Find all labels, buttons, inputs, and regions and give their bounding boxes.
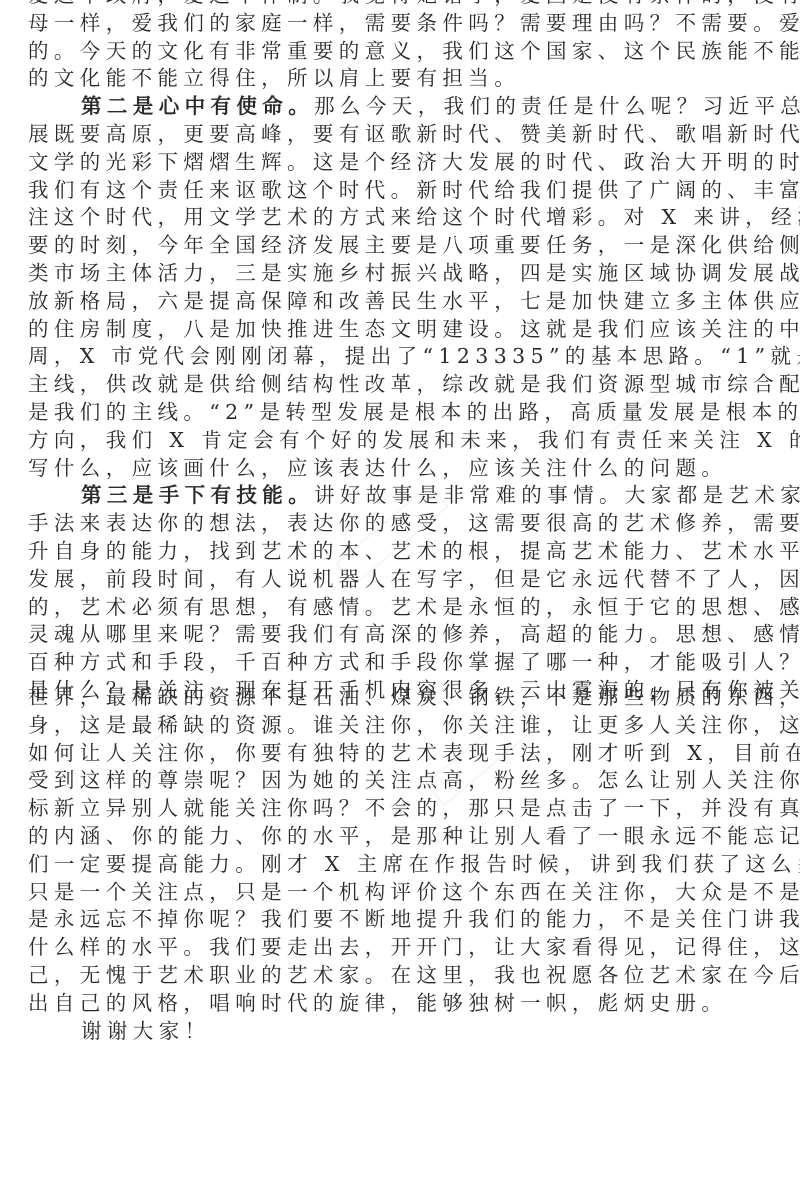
text-line: 出自己的风格，唱响时代的旋律，能够独树一帜，彪炳史册。: [28, 990, 776, 1018]
text-line: 受到这样的尊崇呢？因为她的关注点高，粉丝多。怎么让别人关注你，不是标新立异，你以…: [28, 767, 776, 795]
text-line: 写什么，应该画什么，应该表达什么，应该关注什么的问题。: [28, 455, 776, 483]
text-line: 标新立异别人就能关注你吗？不会的，那只是点击了一下，并没有真正关注。关注是要关注…: [28, 795, 776, 823]
paragraph-start: 第三是手下有技能。讲好故事是非常难的事情。大家都是艺术家，艺术家怎么能用艺术的: [28, 482, 776, 510]
text-line: 的内涵、你的能力、你的水平，是那种让别人看了一眼永远不能忘记的艺术表现能力。所以…: [28, 823, 776, 851]
text-line: 是永远忘不掉你呢？我们要不断地提升我们的能力，不是关住门讲我们自己是什么样的地位…: [28, 906, 776, 934]
text-line: 爱这个政府，爱这个体制。我觉得她错了，爱国是没有条件的，没有理由的，就像爱我们的…: [28, 0, 776, 10]
text-line: 的。今天的文化有非常重要的意义，我们这个国家、这个民族能不能立于世界之林，就看我…: [28, 38, 776, 66]
text-line: 身，这是最稀缺的资源。谁关注你，你关注谁，让更多人关注你，这就是艺术的最高追求。…: [28, 712, 776, 740]
text-line: 的，艺术必须有思想，有感情。艺术是永恒的，永恒于它的思想、感情、灵魂。思想、感情…: [28, 594, 776, 622]
text-line: 主线，供改就是供给侧结构性改革，综改就是我们资源型城市综合配套改革试验区的建设，…: [28, 371, 776, 399]
text-line: 类市场主体活力，三是实施乡村振兴战略，四是实施区域协调发展战略，五是推动形成全面…: [28, 260, 776, 288]
text-line: 注这个时代，用文学艺术的方式来给这个时代增彩。对 X 来讲，经济发展目前处于一个…: [28, 204, 776, 232]
text-line: 是我们的主线。“2”是转型发展是根本的出路，高质量发展是根本的要求，围绕这样的发…: [28, 399, 776, 427]
text-run: 那么今天，我们的责任是什么呢？习近平总书记也在讲，文艺繁荣发: [314, 94, 800, 118]
text-line: 什么样的水平。我们要走出去，开开门，让大家看得见，记得住，这样我们就是一个无愧于…: [28, 934, 776, 962]
section-heading: 第二是心中有使命。: [81, 94, 314, 118]
text-line: 百种方式和手段，千百种方式和手段你掌握了哪一种，才能吸引人？当今世界，最稀缺的资…: [28, 649, 776, 677]
text-line: 的住房制度，八是加快推进生态文明建设。这就是我们应该关注的中国重点发展的地方。上…: [28, 316, 776, 344]
text-line: 灵魂从哪里来呢？需要我们有高深的修养，高超的能力。思想、感情、灵魂怎样来表达，有…: [28, 621, 776, 649]
text-line: 只是一个关注点，只是一个机构评价这个东西在关注你，大众是不是关注你、认可你呢？是…: [28, 879, 776, 907]
document-page-1: 爱这个政府，爱这个体制。我觉得她错了，爱国是没有条件的，没有理由的，就像爱我们的…: [28, 0, 776, 705]
text-run: 讲好故事是非常难的事情。大家都是艺术家，艺术家怎么能用艺术的: [314, 483, 800, 507]
text-line: 母一样，爱我们的家庭一样，需要条件吗？需要理由吗？不需要。爱国是没有理由、没有条…: [28, 10, 776, 38]
text-line: 己，无愧于艺术职业的艺术家。在这里，我也祝愿各位艺术家在今后的创作道路上，能够创…: [28, 962, 776, 990]
text-line: 周，X 市党代会刚刚闭幕，提出了“123335”的基本思路。“1”就是要坚持供改…: [28, 343, 776, 371]
text-line: 发展，前段时间，有人说机器人在写字，但是它永远代替不了人，因为人是有思想的，有感…: [28, 566, 776, 594]
text-line: 要的时刻，今年全国经济发展主要是八项重要任务，一是深化供给侧结构性改革，二是激发…: [28, 232, 776, 260]
text-line: 升自身的能力，找到艺术的本、艺术的根，提高艺术能力、艺术水平。现在我们面临高科技…: [28, 538, 776, 566]
section-heading: 第三是手下有技能。: [81, 483, 314, 507]
text-line: 文学的光彩下熠熠生辉。这是个经济大发展的时代、政治大开明的时代、生态大美好的时代…: [28, 149, 776, 177]
text-line: 世界，最稀缺的资源不是石油、煤炭、钢铁，不是那些物质的东西，最值得关注的就是关注…: [28, 684, 776, 712]
paragraph-start: 第二是心中有使命。那么今天，我们的责任是什么呢？习近平总书记也在讲，文艺繁荣发: [28, 93, 776, 121]
closing-line: 谢谢大家！: [28, 1018, 776, 1046]
text-line: 如何让人关注你，你要有独特的艺术表现手法，刚才听到 X，目前在北京，X 籍。她为…: [28, 740, 776, 768]
text-line: 方向，我们 X 肯定会有个好的发展和未来，我们有责任来关注 X 的发展，这就是我…: [28, 427, 776, 455]
text-line: 的文化能不能立得住，所以肩上要有担当。: [28, 65, 776, 93]
text-line: 放新格局，六是提高保障和改善民生水平，七是加快建立多主体供应、多渠道保障、租购并…: [28, 288, 776, 316]
text-line: 我们有这个责任来讴歌这个时代。新时代给我们提供了广阔的、丰富的创作素材，我们应该…: [28, 177, 776, 205]
text-line: 手法来表达你的想法，表达你的感受，这需要很高的艺术修养，需要能力。文艺家们要不断…: [28, 510, 776, 538]
document-page-2: 世界，最稀缺的资源不是石油、煤炭、钢铁，不是那些物质的东西，最值得关注的就是关注…: [28, 684, 776, 1045]
text-line: 展既要高原，更要高峰，要有讴歌新时代、赞美新时代、歌唱新时代的精品力作。让新时代…: [28, 121, 776, 149]
text-line: 们一定要提高能力。刚才 X 主席在作报告时候，讲到我们获了这么多那么多奖项、成绩…: [28, 851, 776, 879]
